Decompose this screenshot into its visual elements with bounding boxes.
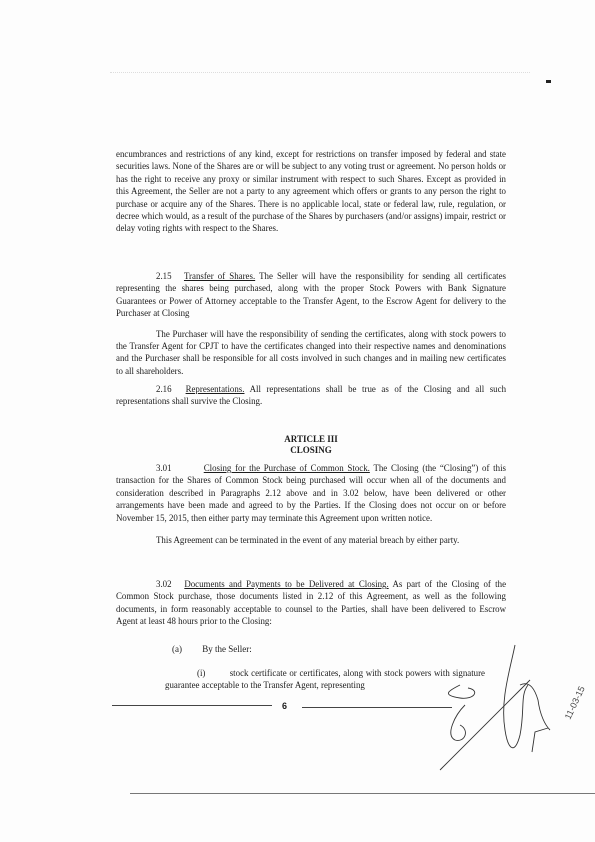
article-heading: ARTICLE III CLOSING (116, 434, 506, 456)
section-2-16: 2.16 Representations. All representation… (116, 383, 506, 408)
section-title: Closing for the Purchase of Common Stock… (204, 463, 370, 473)
scan-mark (546, 80, 551, 83)
subsection-text: By the Seller: (202, 644, 252, 654)
handwritten-signature: 11-03-15 (420, 640, 595, 800)
page-number: 6 (282, 701, 287, 711)
scan-artifact (110, 72, 530, 77)
subsection-label: (i) (197, 667, 227, 679)
section-number: 2.16 (156, 383, 180, 395)
section-paragraph: This Agreement can be terminated in the … (116, 534, 506, 546)
section-number: 3.01 (156, 462, 200, 474)
section-2-15: 2.15 Transfer of Shares. The Seller will… (116, 270, 506, 377)
section-title: Transfer of Shares. (184, 271, 255, 281)
article-number: ARTICLE III (116, 434, 506, 445)
footer-rule-left (112, 705, 272, 706)
section-title: Documents and Payments to be Delivered a… (184, 579, 388, 589)
section-title: Representations. (186, 384, 245, 394)
subsection-label: (a) (172, 644, 200, 654)
svg-text:11-03-15: 11-03-15 (563, 685, 587, 721)
bottom-rule (130, 793, 595, 794)
section-3-02: 3.02 Documents and Payments to be Delive… (116, 578, 506, 628)
paragraph-encumbrances: encumbrances and restrictions of any kin… (116, 148, 506, 235)
section-3-01: 3.01 Closing for the Purchase of Common … (116, 462, 506, 546)
section-paragraph: The Purchaser will have the responsibili… (116, 328, 506, 378)
section-number: 2.15 (156, 270, 180, 282)
subsection-a: (a) By the Seller: (172, 644, 252, 654)
document-page: encumbrances and restrictions of any kin… (0, 0, 595, 842)
section-number: 3.02 (156, 578, 180, 590)
article-title: CLOSING (116, 445, 506, 456)
